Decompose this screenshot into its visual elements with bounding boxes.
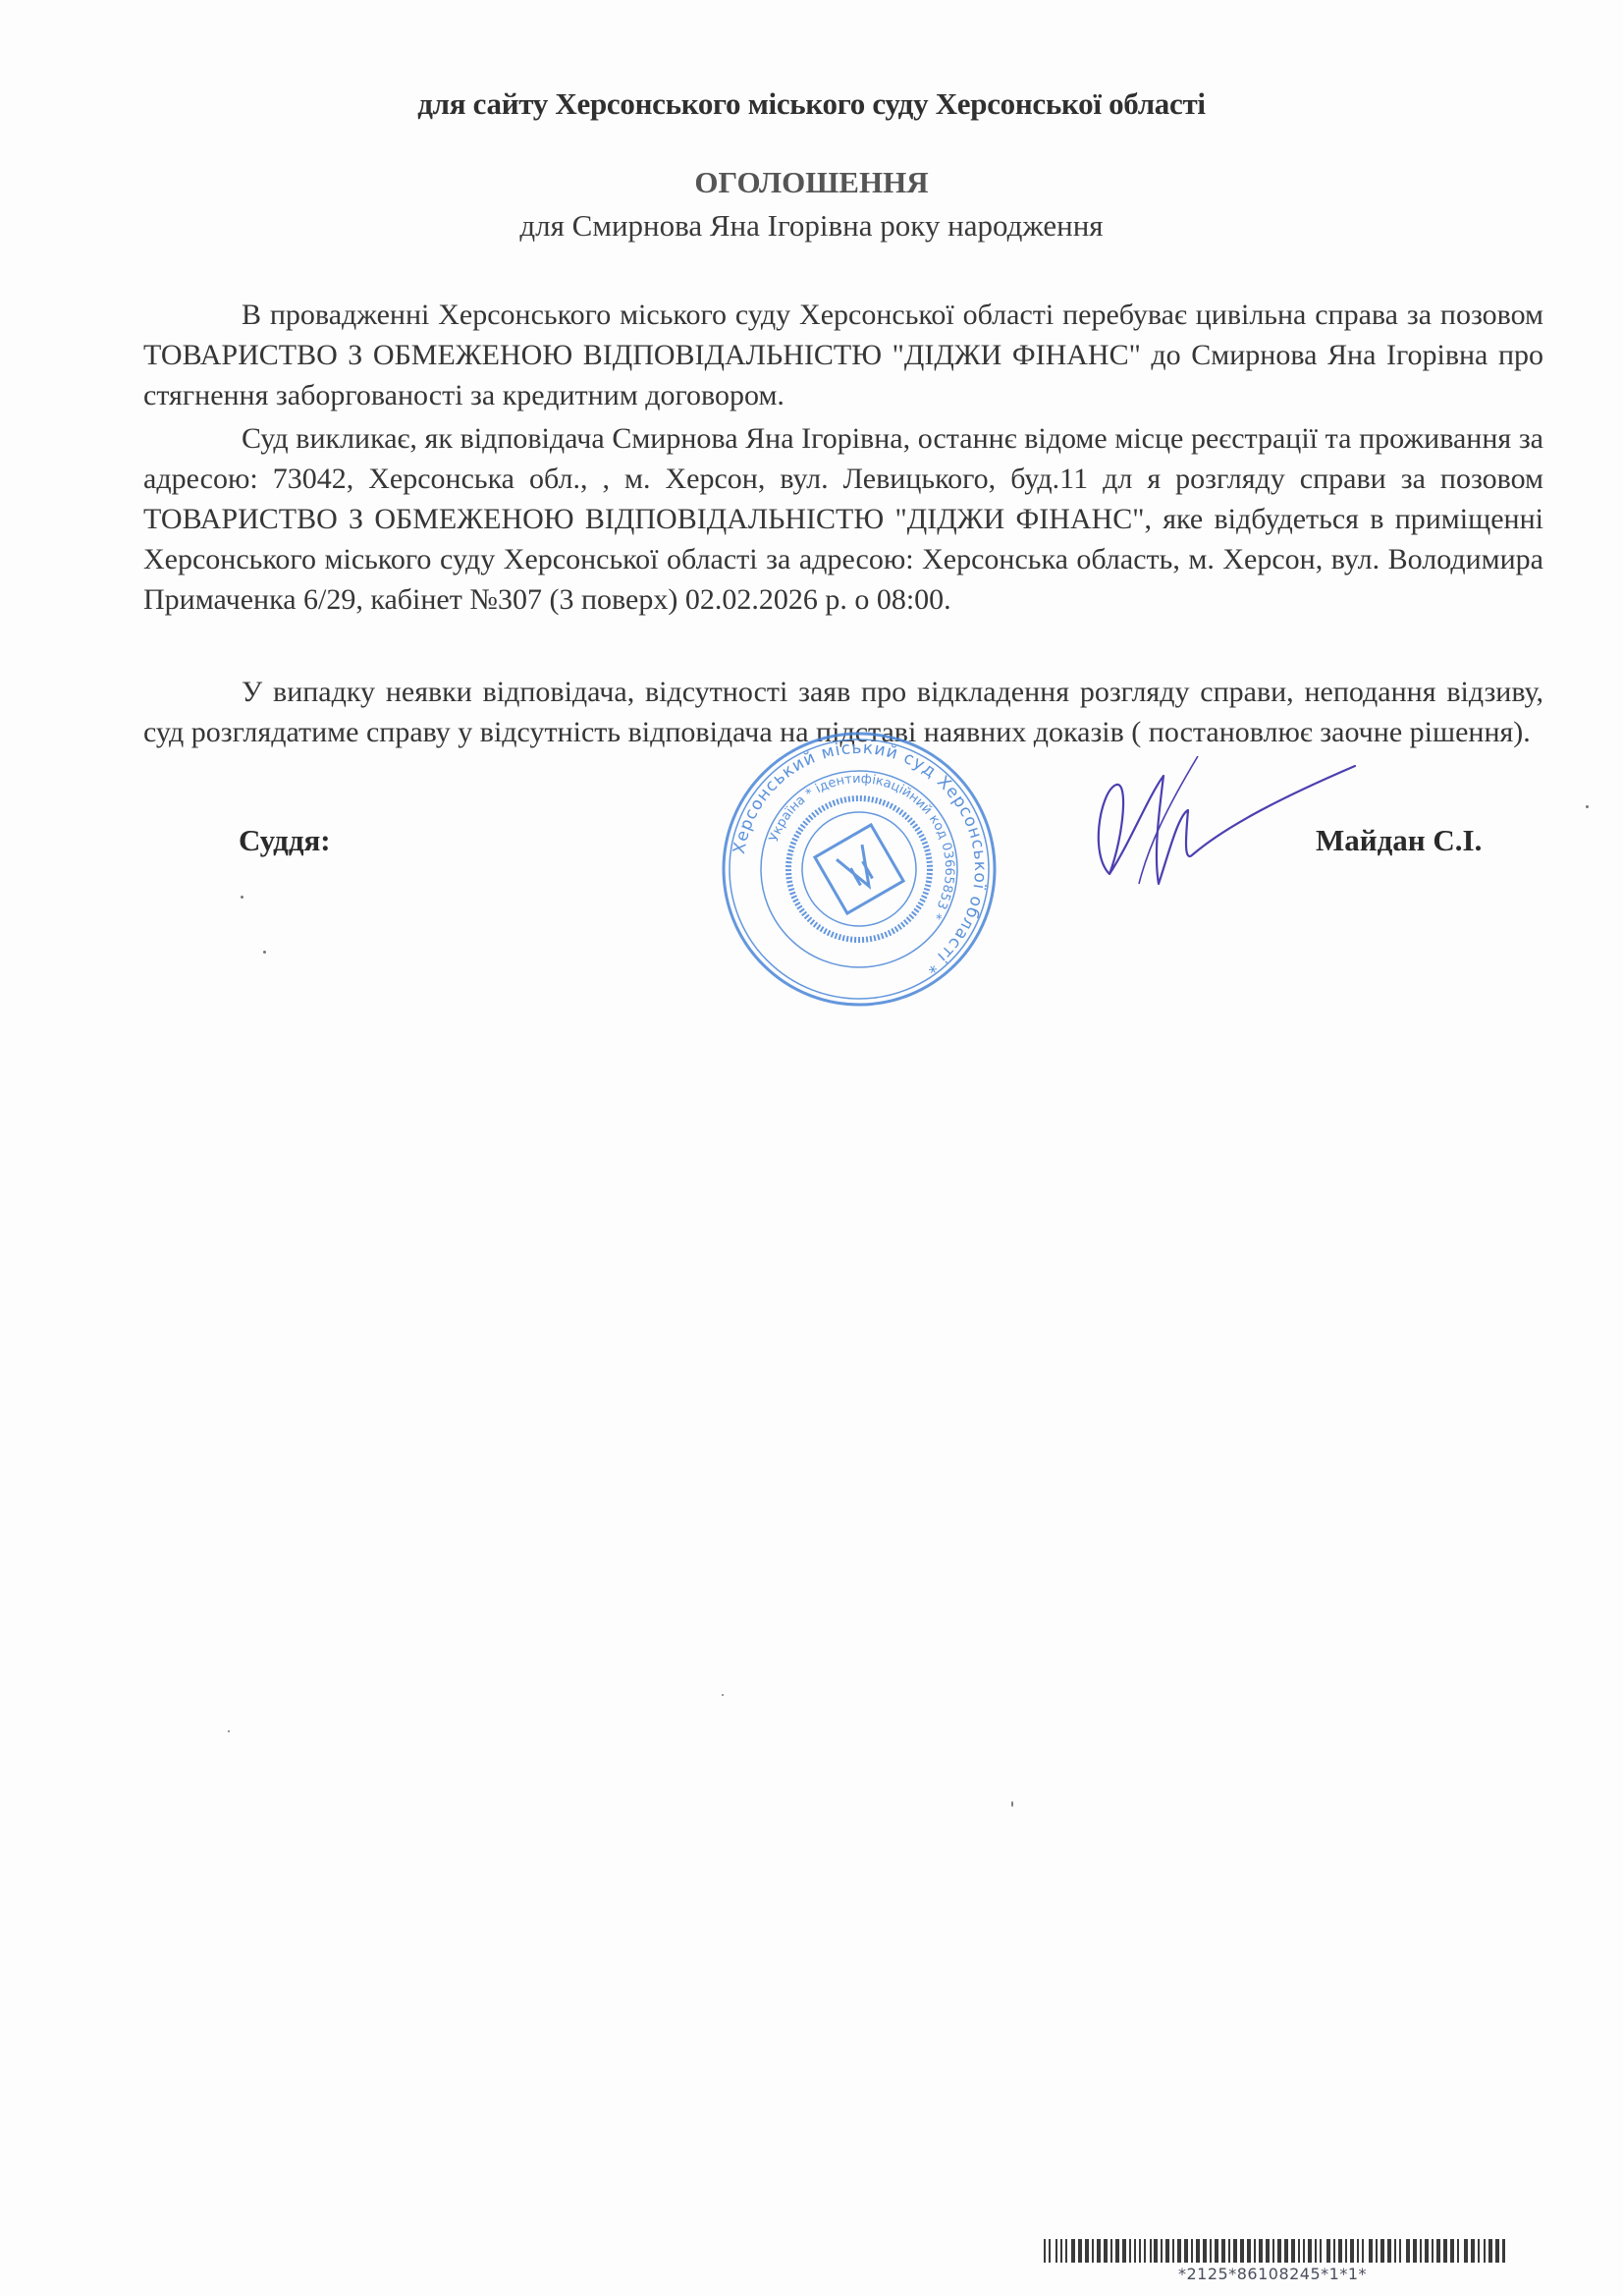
scan-speck [241,896,243,899]
barcode-icon [1044,2239,1505,2263]
judge-label: Суддя: [239,823,331,858]
paragraph-case-info: В провадженні Херсонського міського суду… [143,295,1543,415]
scan-speck [1586,805,1589,808]
paragraph-text: В провадженні Херсонського міського суду… [143,295,1543,415]
scan-speck [722,1694,724,1696]
signature-block: Суддя: Майдан С.І. [0,823,1623,882]
paragraph-text: Суд викликає, як відповідача Смирнова Ян… [143,418,1543,620]
scan-speck [1011,1801,1013,1807]
document-page: для сайту Херсонського міського суду Хер… [0,0,1623,2296]
paragraph-summons: Суд викликає, як відповідача Смирнова Ян… [143,418,1543,620]
scan-speck [228,1730,230,1732]
barcode-number: *2125*86108245*1*1* [1178,2265,1367,2283]
site-header: для сайту Херсонського міського суду Хер… [0,86,1623,122]
document-title: ОГОЛОШЕННЯ [0,165,1623,200]
scan-speck [263,951,266,954]
document-subtitle: для Смирнова Яна Ігорівна року народженн… [0,208,1623,244]
judge-name: Майдан С.І. [1316,823,1482,858]
